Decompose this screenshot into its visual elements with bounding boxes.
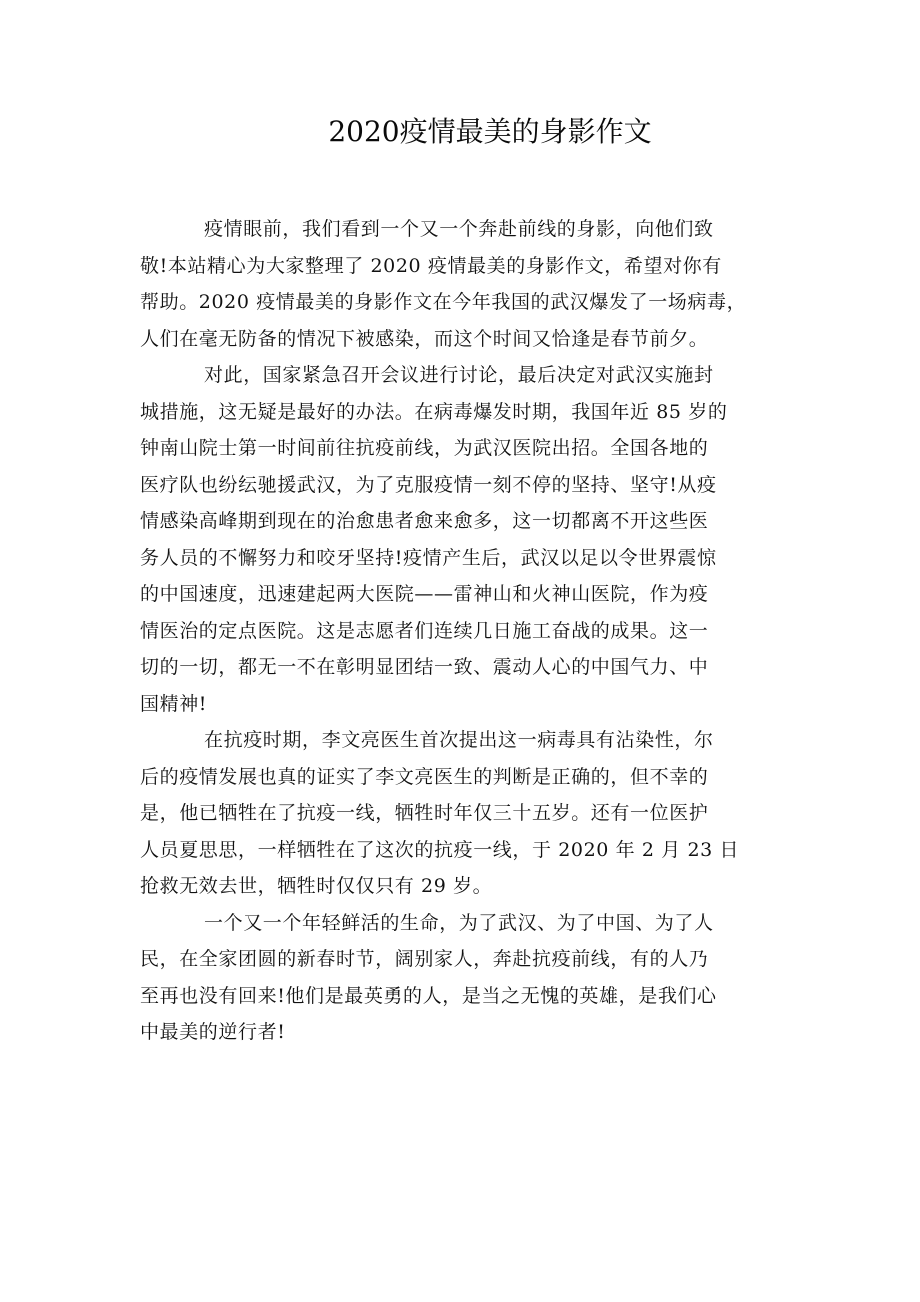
text-line: 在抗疫时期，李文亮医生首次提出这一病毒具有沾染性，尔 — [140, 722, 800, 759]
paragraph-sacrifices: 在抗疫时期，李文亮医生首次提出这一病毒具有沾染性，尔 后的疫情发展也真的证实了李… — [140, 722, 800, 905]
text-line: 人们在毫无防备的情况下被感染，而这个时间又恰逢是春节前夕。 — [140, 321, 800, 358]
text-line: 医疗队也纷纭驰援武汉，为了克服疫情一刻不停的坚持、坚守!从疫 — [140, 467, 800, 504]
text-line: 对此，国家紧急召开会议进行讨论，最后决定对武汉实施封 — [140, 357, 800, 394]
text-line: 情医治的定点医院。这是志愿者们连续几日施工奋战的成果。这一 — [140, 613, 800, 650]
paragraph-conclusion: 一个又一个年轻鲜活的生命，为了武汉、为了中国、为了人 民，在全家团圆的新春时节，… — [140, 905, 800, 1051]
paragraph-intro: 疫情眼前，我们看到一个又一个奔赴前线的身影，向他们致 敬!本站精心为大家整理了 … — [140, 211, 800, 357]
text-line: 中最美的逆行者! — [140, 1014, 800, 1051]
text-line: 城措施，这无疑是最好的办法。在病毒爆发时期，我国年近 85 岁的 — [140, 394, 800, 431]
text-line: 帮助。2020 疫情最美的身影作文在今年我国的武汉爆发了一场病毒， — [140, 284, 800, 321]
text-line: 敬!本站精心为大家整理了 2020 疫情最美的身影作文，希望对你有 — [140, 248, 800, 285]
text-line: 一个又一个年轻鲜活的生命，为了武汉、为了中国、为了人 — [140, 905, 800, 942]
paragraph-national-response: 对此，国家紧急召开会议进行讨论，最后决定对武汉实施封 城措施，这无疑是最好的办法… — [140, 357, 800, 722]
text-line: 疫情眼前，我们看到一个又一个奔赴前线的身影，向他们致 — [140, 211, 800, 248]
document-body: 疫情眼前，我们看到一个又一个奔赴前线的身影，向他们致 敬!本站精心为大家整理了 … — [140, 211, 800, 1051]
document-page: 2020疫情最美的身影作文 疫情眼前，我们看到一个又一个奔赴前线的身影，向他们致… — [0, 0, 920, 1302]
text-line: 至再也没有回来!他们是最英勇的人，是当之无愧的英雄，是我们心 — [140, 978, 800, 1015]
text-line: 切的一切，都无一不在彰明显团结一致、震动人心的中国气力、中 — [140, 649, 800, 686]
text-line: 钟南山院士第一时间前往抗疫前线，为武汉医院出招。全国各地的 — [140, 430, 800, 467]
document-title: 2020疫情最美的身影作文 — [0, 112, 920, 152]
text-line: 务人员的不懈努力和咬牙坚持!疫情产生后，武汉以足以令世界震惊 — [140, 540, 800, 577]
text-line: 情感染高峰期到现在的治愈患者愈来愈多，这一切都离不开这些医 — [140, 503, 800, 540]
text-line: 是，他已牺牲在了抗疫一线，牺牲时年仅三十五岁。还有一位医护 — [140, 795, 800, 832]
text-line: 的中国速度，迅速建起两大医院——雷神山和火神山医院，作为疫 — [140, 576, 800, 613]
text-line: 后的疫情发展也真的证实了李文亮医生的判断是正确的，但不幸的 — [140, 759, 800, 796]
text-line: 人员夏思思，一样牺牲在了这次的抗疫一线，于 2020 年 2 月 23 日 — [140, 832, 800, 869]
text-line: 抢救无效去世，牺牲时仅仅只有 29 岁。 — [140, 868, 800, 905]
text-line: 民，在全家团圆的新春时节，阔别家人，奔赴抗疫前线，有的人乃 — [140, 941, 800, 978]
text-line: 国精神! — [140, 686, 800, 723]
